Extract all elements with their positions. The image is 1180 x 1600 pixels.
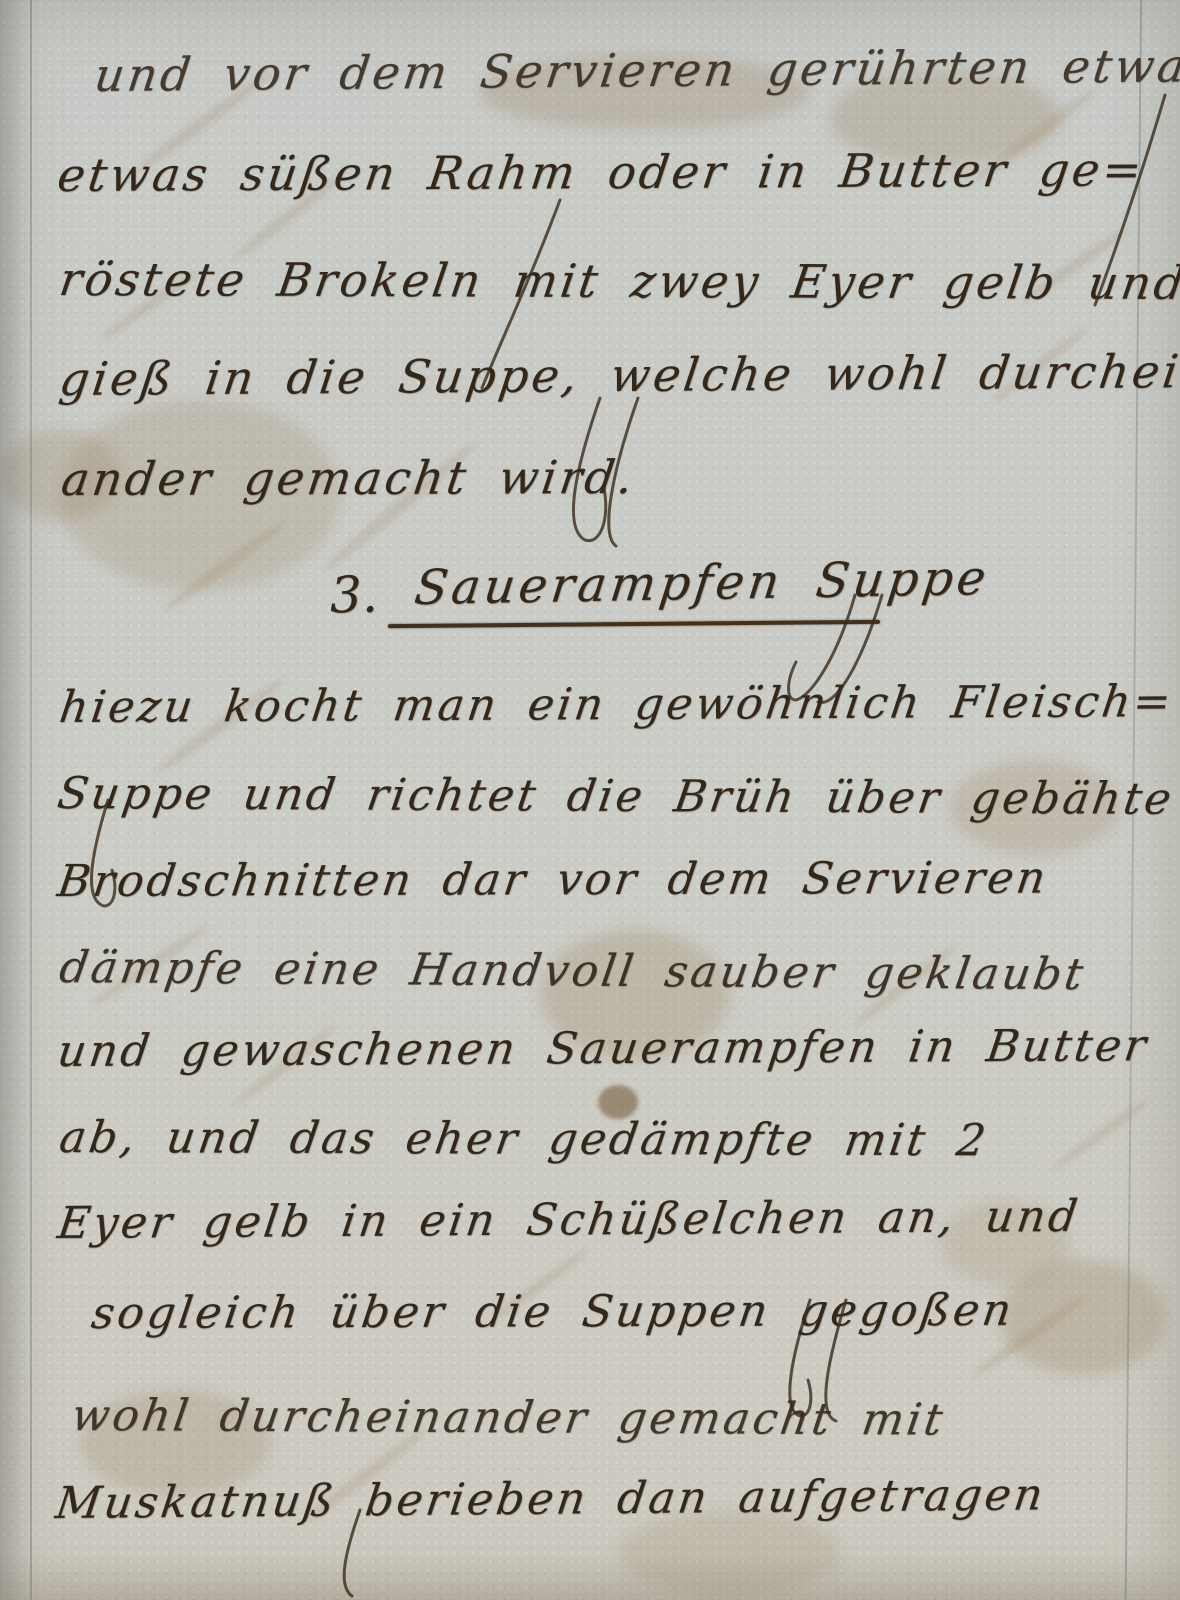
ruled-margin-line-left [30,0,32,1600]
page-edge-shadow-bottom [0,1554,1180,1600]
manuscript-line: dämpfe eine Handvoll sauber geklaubt [56,942,1089,1000]
manuscript-line: etwas süßen Rahm oder in Butter ge= [54,142,1148,202]
manuscript-line: ab, und das eher gedämpfte mit 2 [56,1112,991,1166]
manuscript-line: gieß in die Suppe, welche wohl durchein= [56,344,1180,406]
section-number: 3. [329,566,378,625]
page-edge-shadow-left [0,0,28,1600]
manuscript-line: und vor dem Servieren gerührten etwas [91,38,1180,102]
heading-underline [388,620,880,628]
manuscript-line: Suppe und richtet die Brüh über gebähte [54,768,1177,825]
ink-showthrough-streak [1049,1096,1152,1175]
manuscript-line: ander gemacht wird. [58,450,639,506]
manuscript-line: und gewaschenen Sauerampfen in Butter [55,1020,1152,1077]
section-heading: Sauerampfen Suppe [412,550,993,616]
manuscript-line: röstete Brokeln mit zwey Eyer gelb und [56,252,1180,310]
manuscript-line: Eyer gelb in ein Schüßelchen an, und [55,1191,1084,1249]
manuscript-page: und vor dem Servieren gerührten etwas et… [0,0,1180,1600]
ink-showthrough-streak [161,517,289,615]
manuscript-line: sogleich über die Suppen gegoßen [89,1285,1018,1339]
manuscript-line: wohl durcheinander gemacht mit [68,1390,948,1446]
manuscript-line: Muskatnuß berieben dan aufgetragen [53,1469,1049,1529]
manuscript-line: hiezu kocht man ein gewöhnlich Fleisch= [57,676,1177,733]
manuscript-line: Brodschnitten dar vor dem Servieren [55,853,1052,907]
paper-stain [1000,1260,1165,1375]
